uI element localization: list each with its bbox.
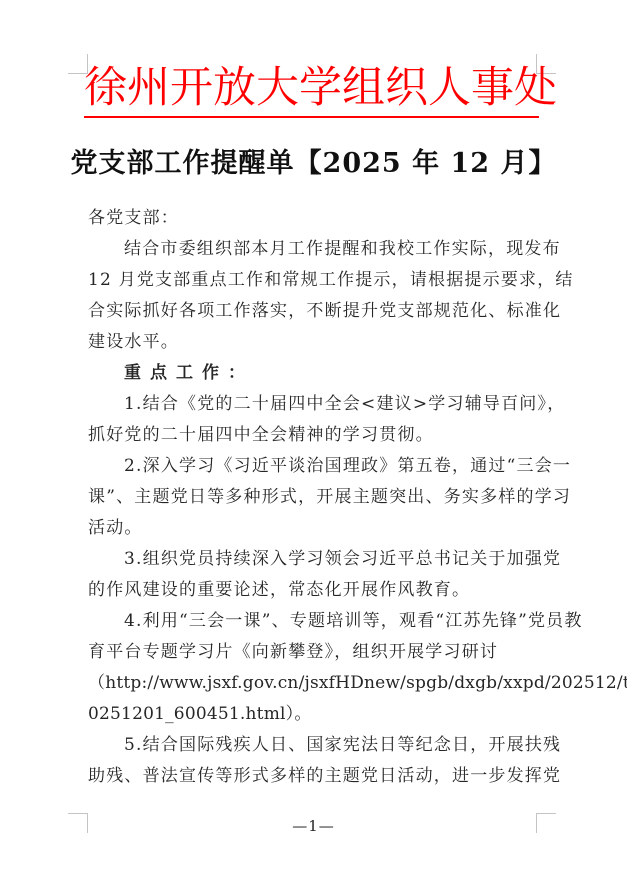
body-line: 的作风建设的重要论述，常态化开展作风教育。	[88, 575, 537, 606]
body-line: 建设水平。	[88, 327, 537, 358]
body-line: 结合市委组织部本月工作提醒和我校工作实际，现发布	[88, 234, 537, 265]
body-line: 育平台专题学习片《向新攀登》，组织开展学习研讨	[88, 637, 537, 668]
body-line: 各党支部：	[88, 203, 537, 234]
document-title: 党支部工作提醒单【2025 年 12 月】	[44, 141, 583, 180]
body-line: 课”、主题党日等多种形式，开展主题突出、务实多样的学习	[88, 482, 537, 513]
page-number: —1—	[0, 817, 627, 835]
body-line: 合实际抓好各项工作落实，不断提升党支部规范化、标准化	[88, 296, 537, 327]
body-line: 12 月党支部重点工作和常规工作提示，请根据提示要求，结	[88, 265, 537, 296]
body-line: 抓好党的二十届四中全会精神的学习贯彻。	[88, 420, 537, 451]
body-line: 1.结合《党的二十届四中全会<建议>学习辅导百问》，	[88, 389, 537, 420]
body-line: 5.结合国际残疾人日、国家宪法日等纪念日，开展扶残	[88, 730, 537, 761]
document-page: 徐州开放大学组织人事处 党支部工作提醒单【2025 年 12 月】 各党支部：结…	[0, 0, 627, 893]
letterhead-title: 徐州开放大学组织人事处	[84, 62, 539, 118]
body-line: 2.深入学习《习近平谈治国理政》第五卷，通过“三会一	[88, 451, 537, 482]
body-line: （http://www.jsxf.gov.cn/jsxfHDnew/spgb/d…	[88, 668, 537, 699]
body-line: 活动。	[88, 513, 537, 544]
body-line: 4.利用“三会一课”、专题培训等，观看“江苏先锋”党员教	[88, 606, 537, 637]
body-line: 3.组织党员持续深入学习领会习近平总书记关于加强党	[88, 544, 537, 575]
body-line: 0251201_600451.html）。	[88, 699, 537, 730]
body-line: 助残、普法宣传等形式多样的主题党日活动，进一步发挥党	[88, 761, 537, 792]
body-text: 各党支部：结合市委组织部本月工作提醒和我校工作实际，现发布12 月党支部重点工作…	[88, 203, 537, 792]
body-line: 重点工作：	[88, 358, 537, 389]
